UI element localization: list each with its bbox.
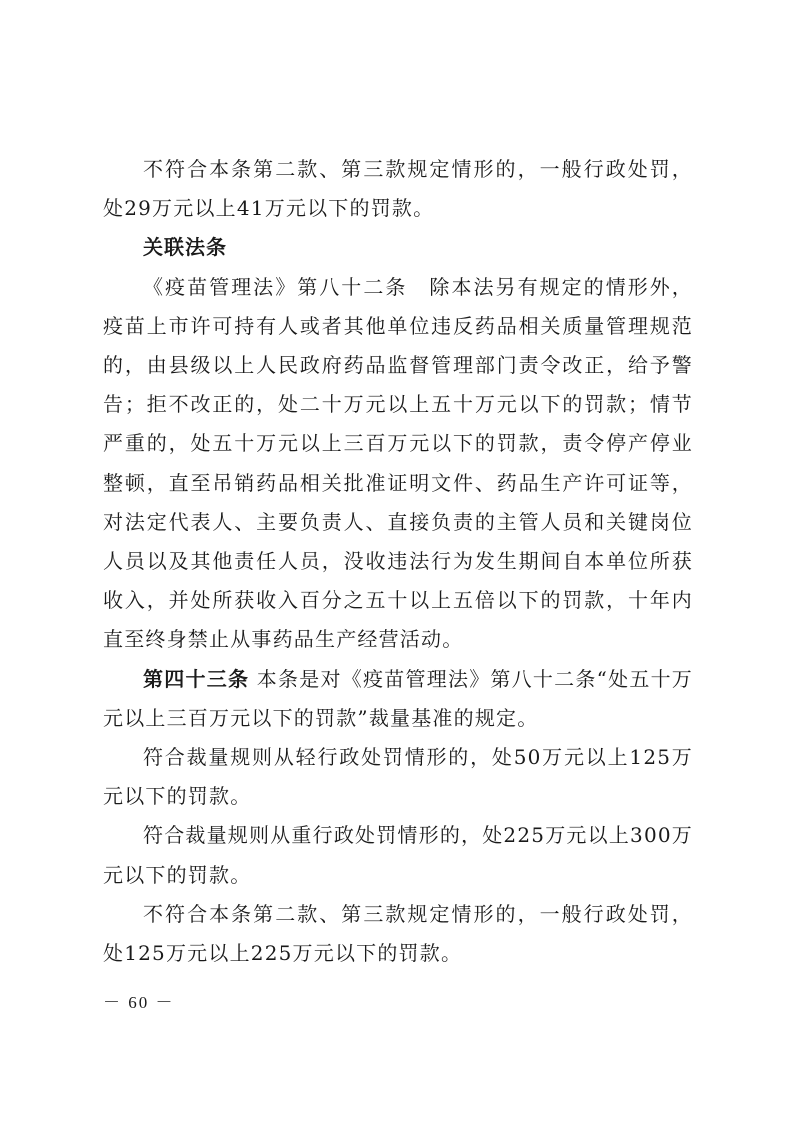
paragraph-general-penalty-29-41: 不符合本条第二款、第三款规定情形的，一般行政处罚，处29万元以上41万元以下的罚…: [103, 150, 693, 228]
document-body: 不符合本条第二款、第三款规定情形的，一般行政处罚，处29万元以上41万元以下的罚…: [103, 150, 693, 973]
paragraph-severe-penalty: 符合裁量规则从重行政处罚情形的，处225万元以上300万元以下的罚款。: [103, 816, 693, 894]
paragraph-article-43: 第四十三条 本条是对《疫苗管理法》第八十二条“处五十万元以上三百万元以下的罚款”…: [103, 660, 693, 738]
related-law-heading: 关联法条: [103, 228, 693, 267]
paragraph-general-penalty-125-225: 不符合本条第二款、第三款规定情形的，一般行政处罚，处125万元以上225万元以下…: [103, 895, 693, 973]
paragraph-lenient-penalty: 符合裁量规则从轻行政处罚情形的，处50万元以上125万元以下的罚款。: [103, 738, 693, 816]
paragraph-vaccine-law-article-82: 《疫苗管理法》第八十二条 除本法另有规定的情形外，疫苗上市许可持有人或者其他单位…: [103, 268, 693, 660]
page-number: － 60 －: [103, 988, 175, 1013]
article-43-label: 第四十三条: [143, 667, 249, 691]
